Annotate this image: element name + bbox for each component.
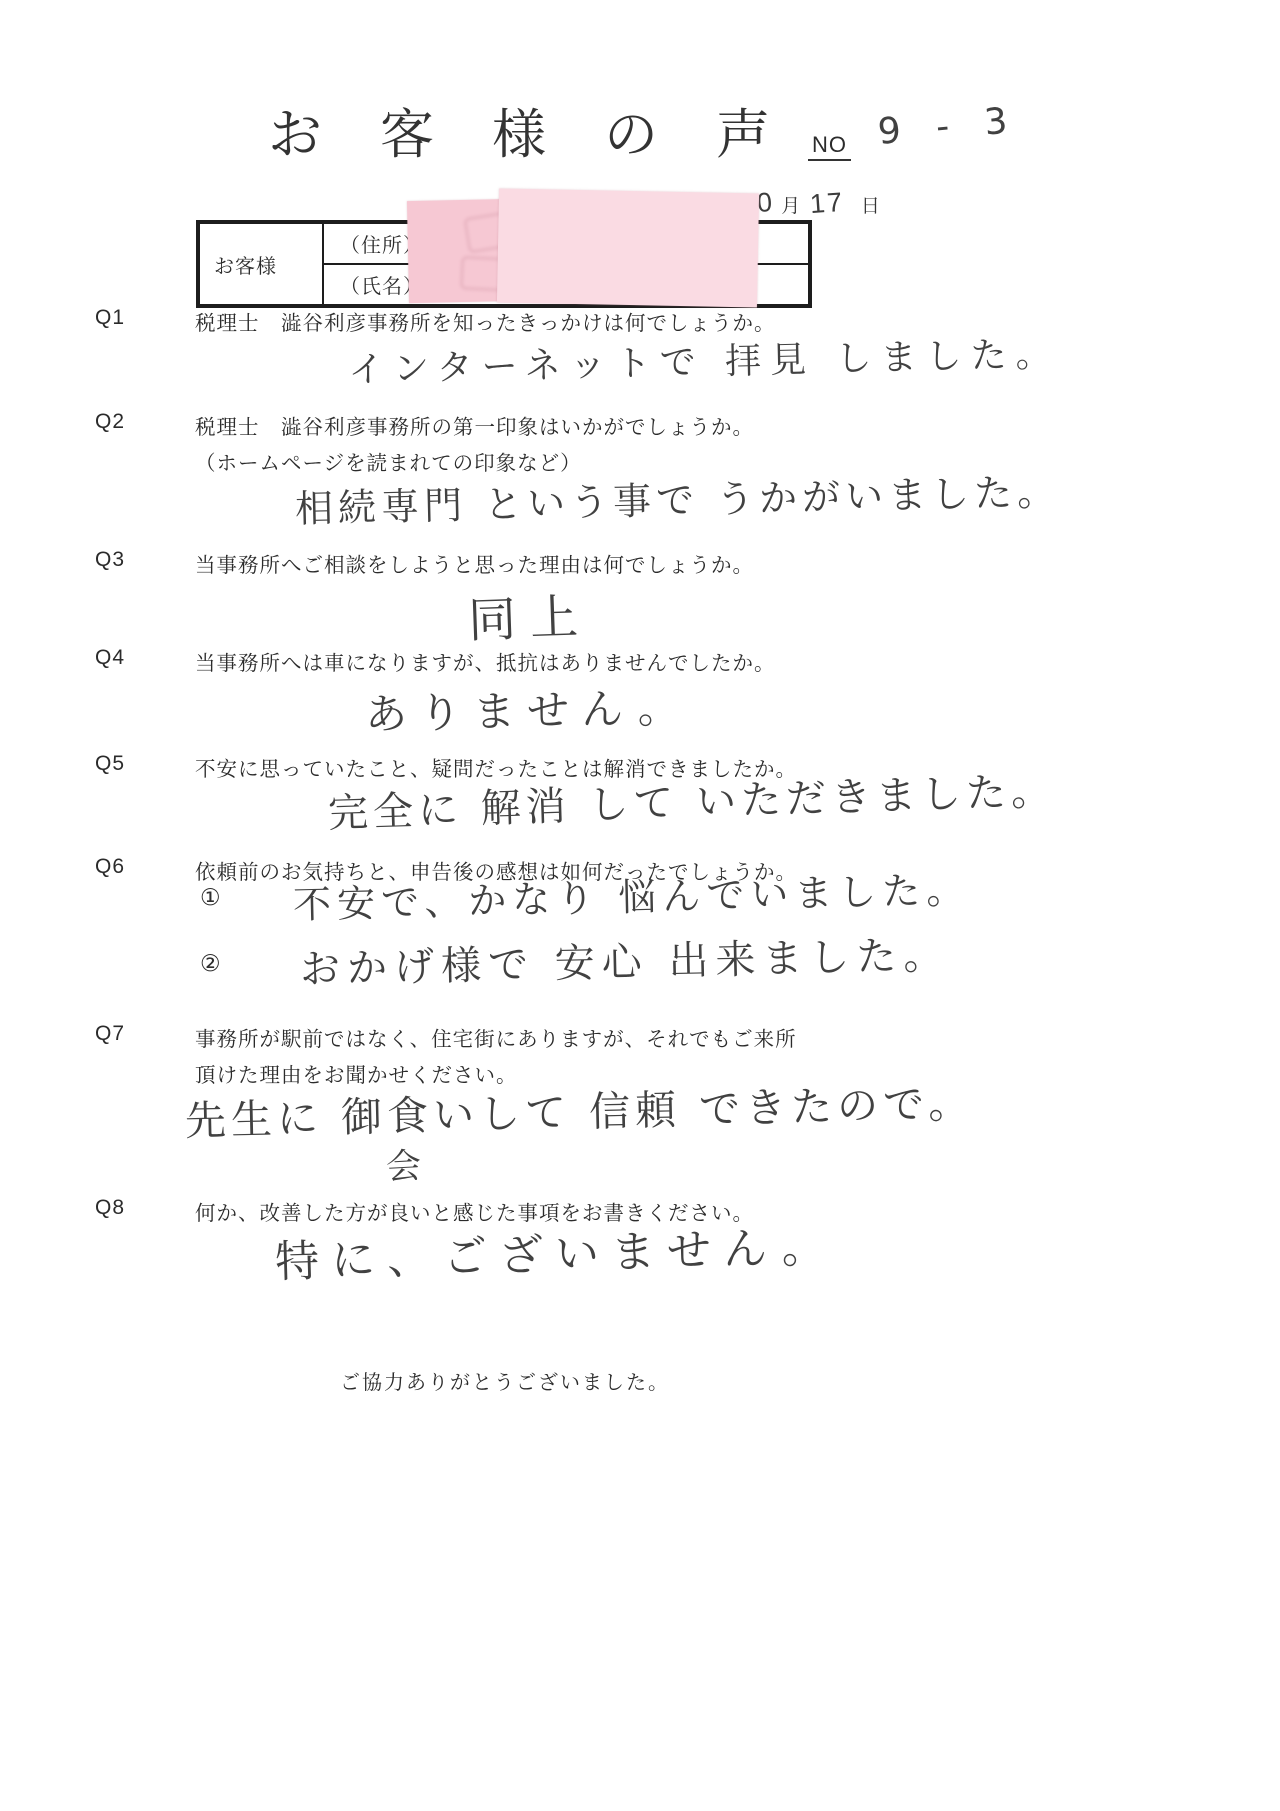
date-day-label: 日 — [861, 196, 882, 217]
answer-q7-correction-char: 会 — [385, 1138, 423, 1190]
no-label: NO — [808, 132, 851, 161]
customer-row-header: お客様 — [200, 224, 324, 304]
answer-q6-marker-1: ① — [200, 884, 221, 911]
question-id-q8: Q8 — [95, 1196, 125, 1220]
answer-q6-2-handwritten: おかげ様で 安心 出来ました。 — [299, 923, 951, 995]
footer-thanks-text: ご協力ありがとうございました。 — [340, 1366, 670, 1395]
no-block: NO — [808, 132, 851, 158]
answer-q6-marker-2: ② — [200, 950, 221, 977]
question-id-q5: Q5 — [95, 752, 125, 776]
date-day-handwritten: 17 — [808, 187, 844, 220]
question-id-q3: Q3 — [95, 548, 125, 572]
question-id-q6: Q6 — [95, 855, 125, 879]
question-id-q7: Q7 — [95, 1022, 125, 1046]
answer-q4-handwritten: ありません。 — [364, 675, 692, 742]
question-id-q4: Q4 — [95, 646, 125, 670]
no-value-handwritten: 9 - 3 — [876, 100, 1021, 153]
question-id-q1: Q1 — [95, 306, 125, 330]
sticky-note-redaction-top — [497, 189, 759, 308]
date-month-label: 月 — [781, 196, 802, 217]
answer-q3-handwritten: 同上 — [467, 578, 593, 651]
page-title: お客様の声 — [268, 92, 828, 169]
question-text-q3: 当事務所へご相談をしようと思った理由は何でしょうか。 — [195, 548, 754, 584]
question-id-q2: Q2 — [95, 410, 125, 434]
customer-feedback-form-scan: お客様の声 NO 9 - 3 令和 7 年 10 月 17 日 お客様 （住所）… — [0, 0, 1280, 1811]
